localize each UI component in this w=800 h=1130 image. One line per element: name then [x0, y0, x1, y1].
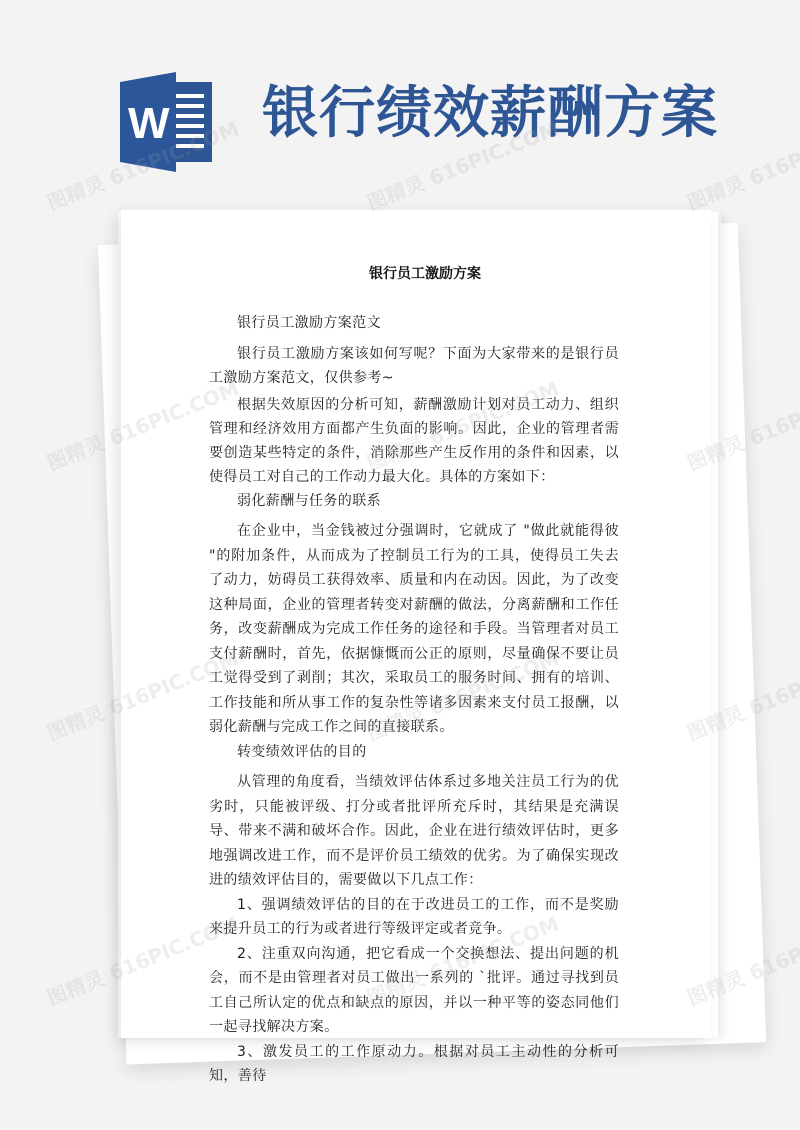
word-document-icon: W	[110, 72, 215, 172]
list-item-2: 2、注重双向沟通，把它看成一个交换想法、提出问题的机会，而不是由管理者对员工做出…	[209, 942, 619, 1040]
section-heading-evaluation: 转变绩效评估的目的	[209, 740, 619, 765]
svg-text:W: W	[128, 99, 170, 148]
paragraph-analysis: 根据失效原因的分析可知，薪酬激励计划对员工动力、组织管理和经济效用方面都产生负面…	[209, 393, 619, 489]
section-heading-weaken-link: 弱化薪酬与任务的联系	[209, 489, 619, 514]
list-item-3: 3、激发员工的工作原动力。根据对员工主动性的分析可知，善待	[209, 1040, 619, 1089]
banner-title: 银行绩效薪酬方案	[262, 78, 718, 148]
list-item-1: 1、强调绩效评估的目的在于改进员工的工作，而不是奖励来提升员工的行为或者进行等级…	[209, 893, 619, 942]
document-title: 银行员工激励方案	[209, 264, 619, 284]
paragraph-subtitle: 银行员工激励方案范文	[209, 311, 619, 336]
header-banner: W 银行绩效薪酬方案	[0, 0, 800, 200]
document-page: 银行员工激励方案 银行员工激励方案范文 银行员工激励方案该如何写呢？下面为大家带…	[209, 264, 619, 1089]
paragraph-intro: 银行员工激励方案该如何写呢？下面为大家带来的是银行员工激励方案范文，仅供参考~	[209, 342, 619, 391]
paragraph-evaluation: 从管理的角度看，当绩效评估体系过多地关注员工行为的优劣时，只能被评级、打分或者批…	[209, 770, 619, 893]
paragraph-weaken-link: 在企业中，当金钱被过分强调时，它就成了 "做此就能得彼 "的附加条件，从而成为了…	[209, 519, 619, 740]
